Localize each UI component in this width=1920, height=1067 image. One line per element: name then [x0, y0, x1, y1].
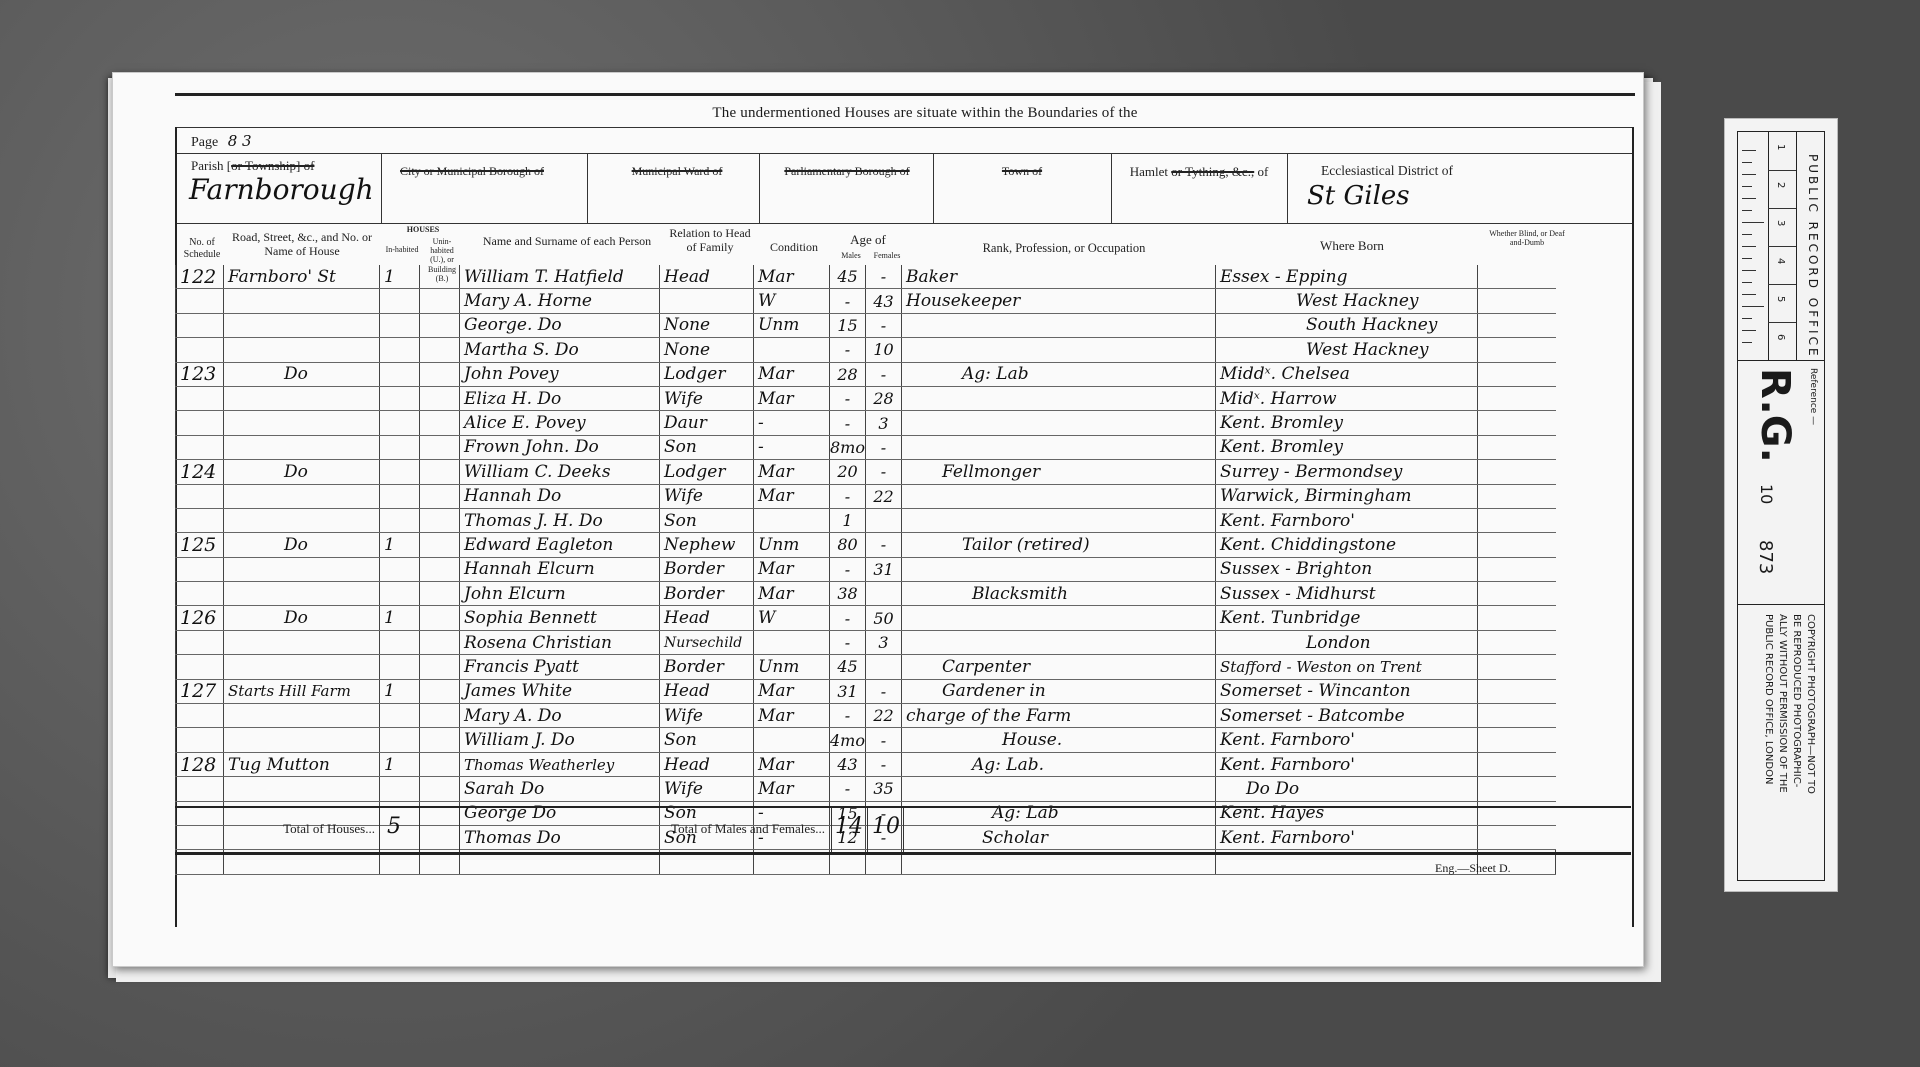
relation-cell: Border [660, 582, 754, 606]
inhabited-cell [380, 655, 420, 679]
inhabited-cell [380, 313, 420, 337]
reference-strip: 1 2 3 4 5 6 PUBLIC RECORD OFFICE Referen… [1724, 118, 1838, 892]
infirmity-cell [1478, 411, 1556, 435]
road-cell [224, 411, 380, 435]
female-age-cell [866, 582, 902, 606]
table-row: Sarah DoWifeMar-35Do Do [176, 777, 1556, 801]
inhabited-cell [380, 557, 420, 581]
female-age-cell: 10 [866, 338, 902, 362]
name-cell: Hannah Do [460, 484, 660, 508]
male-age-cell: 31 [830, 679, 866, 703]
infirmity-cell [1478, 508, 1556, 532]
road-cell: Tug Mutton [224, 752, 380, 776]
occupation-cell: House. [902, 728, 1216, 752]
where-born-cell: West Hackney [1216, 338, 1478, 362]
col-condition-header: Condition [759, 241, 829, 255]
where-born-cell: Kent. Bromley [1216, 435, 1478, 459]
male-age-cell: 15 [830, 313, 866, 337]
male-age-cell: - [830, 630, 866, 654]
road-cell [224, 313, 380, 337]
inhabited-cell: 1 [380, 606, 420, 630]
parliamentary-borough-label: Parliamentary Borough of [762, 165, 932, 179]
copyright-line: ALLY WITHOUT PERMISSION OF THE [1777, 614, 1788, 793]
infirmity-cell [1478, 630, 1556, 654]
where-born-cell: Kent. Chiddingstone [1216, 533, 1478, 557]
table-row: 127Starts Hill Farm1James WhiteHeadMar31… [176, 679, 1556, 703]
male-age-cell: 38 [830, 582, 866, 606]
male-age-cell: 45 [830, 655, 866, 679]
road-cell [224, 777, 380, 801]
male-age-cell: - [830, 606, 866, 630]
inhabited-cell: 1 [380, 265, 420, 289]
male-age-cell: - [830, 386, 866, 410]
table-row: Alice E. PoveyDaur--3Kent. Bromley [176, 411, 1556, 435]
inhabited-cell [380, 728, 420, 752]
name-cell: Thomas J. H. Do [460, 508, 660, 532]
where-born-cell: Middˣ. Chelsea [1216, 362, 1478, 386]
table-row: Hannah ElcurnBorderMar-31Sussex - Bright… [176, 557, 1556, 581]
condition-cell: Mar [754, 362, 830, 386]
document-title: The undermentioned Houses are situate wi… [575, 105, 1275, 122]
series-code: R.G. [1752, 368, 1798, 463]
col-relation-header: Relation to Head of Family [665, 227, 755, 255]
infirmity-cell [1478, 655, 1556, 679]
female-age-cell: 31 [866, 557, 902, 581]
folio-number: 873 [1755, 540, 1776, 574]
male-age-cell: 20 [830, 460, 866, 484]
table-row: Mary A. DoWifeMar-22charge of the FarmSo… [176, 704, 1556, 728]
female-age-cell: 43 [866, 289, 902, 313]
ruler-number: 3 [1768, 208, 1796, 247]
divider [459, 808, 460, 852]
name-cell: William C. Deeks [460, 460, 660, 484]
name-cell: William J. Do [460, 728, 660, 752]
where-born-cell: Sussex - Midhurst [1216, 582, 1478, 606]
col-name-header: Name and Surname of each Person [467, 235, 667, 249]
col-occupation-header: Rank, Profession, or Occupation [909, 241, 1219, 255]
where-born-cell: Do Do [1216, 777, 1478, 801]
name-cell: Sarah Do [460, 777, 660, 801]
road-cell [224, 655, 380, 679]
divider [831, 808, 832, 852]
schedule-cell: 128 [176, 752, 224, 776]
table-row: Hannah DoWifeMar-22Warwick, Birmingham [176, 484, 1556, 508]
municipal-borough-label: City or Municipal Borough of [387, 165, 557, 179]
relation-cell: None [660, 338, 754, 362]
divider [1738, 604, 1824, 605]
page-label: Page 8 3 [191, 133, 252, 151]
ruler-number-text: 6 [1775, 334, 1786, 340]
infirmity-cell [1478, 777, 1556, 801]
inhabited-cell [380, 460, 420, 484]
occupation-cell [902, 557, 1216, 581]
infirmity-cell [1478, 606, 1556, 630]
ruler-number: 5 [1768, 284, 1796, 323]
table-row: 123DoJohn PoveyLodgerMar28-Ag: LabMiddˣ.… [176, 362, 1556, 386]
relation-cell: Wife [660, 704, 754, 728]
male-age-cell: 8mo [830, 435, 866, 459]
where-born-cell: West Hackney [1216, 289, 1478, 313]
condition-cell [754, 508, 830, 532]
schedule-cell [176, 777, 224, 801]
table-row: Francis PyattBorderUnm45CarpenterStaffor… [176, 655, 1556, 679]
uninhabited-cell [420, 557, 460, 581]
condition-cell: Unm [754, 655, 830, 679]
road-cell [224, 289, 380, 313]
col-age-header: Age of [833, 233, 903, 248]
where-born-cell: Kent. Farnboro' [1216, 508, 1478, 532]
occupation-cell: Ag: Lab. [902, 752, 1216, 776]
female-age-cell: - [866, 362, 902, 386]
occupation-cell: charge of the Farm [902, 704, 1216, 728]
schedule-cell [176, 386, 224, 410]
name-cell: Francis Pyatt [460, 655, 660, 679]
male-age-cell: 45 [830, 265, 866, 289]
schedule-cell: 126 [176, 606, 224, 630]
piece-number: 10 [1757, 484, 1776, 504]
total-persons-label: Total of Males and Females... [585, 822, 825, 837]
infirmity-cell [1478, 704, 1556, 728]
uninhabited-cell [420, 265, 460, 289]
divider [867, 808, 868, 852]
municipal-ward-label: Municipal Ward of [592, 165, 762, 179]
divider [903, 808, 904, 852]
name-cell: Mary A. Horne [460, 289, 660, 313]
schedule-cell [176, 582, 224, 606]
name-cell: Edward Eagleton [460, 533, 660, 557]
infirmity-cell [1478, 386, 1556, 410]
uninhabited-cell [420, 411, 460, 435]
divider [933, 153, 934, 223]
relation-cell: Head [660, 752, 754, 776]
relation-cell [660, 289, 754, 313]
ruler-number-text: 5 [1775, 296, 1786, 302]
occupation-cell: Baker [902, 265, 1216, 289]
total-males-value: 14 [835, 814, 863, 839]
road-cell [224, 704, 380, 728]
male-age-cell: 28 [830, 362, 866, 386]
female-age-cell: 35 [866, 777, 902, 801]
condition-cell: W [754, 289, 830, 313]
ruler-number: 6 [1768, 322, 1796, 360]
where-born-cell: London [1216, 630, 1478, 654]
relation-cell: Head [660, 265, 754, 289]
schedule-cell [176, 557, 224, 581]
occupation-cell [902, 630, 1216, 654]
road-cell [224, 386, 380, 410]
condition-cell: Mar [754, 752, 830, 776]
relation-cell: Son [660, 435, 754, 459]
occupation-cell: Gardener in [902, 679, 1216, 703]
ruler-number: 4 [1768, 246, 1796, 285]
condition-cell: Mar [754, 777, 830, 801]
occupation-cell [902, 435, 1216, 459]
occupation-cell [902, 508, 1216, 532]
male-age-cell: - [830, 338, 866, 362]
male-age-cell: 1 [830, 508, 866, 532]
infirmity-cell [1478, 679, 1556, 703]
relation-cell: Border [660, 557, 754, 581]
condition-cell: Mar [754, 679, 830, 703]
sheet-footer-note: Eng.—Sheet D. [1435, 861, 1511, 876]
condition-cell [754, 338, 830, 362]
uninhabited-cell [420, 777, 460, 801]
uninhabited-cell [420, 630, 460, 654]
where-born-cell: Somerset - Wincanton [1216, 679, 1478, 703]
relation-cell: Nephew [660, 533, 754, 557]
where-born-cell: Kent. Tunbridge [1216, 606, 1478, 630]
uninhabited-cell [420, 752, 460, 776]
male-age-cell: - [830, 777, 866, 801]
condition-cell: W [754, 606, 830, 630]
uninhabited-cell [420, 313, 460, 337]
male-age-cell: 80 [830, 533, 866, 557]
hamlet-struck-text: or Tything, &c., [1171, 164, 1254, 179]
ruler-number: 1 [1768, 132, 1796, 171]
col-inhabited-header: In-habited [383, 245, 421, 254]
female-age-cell: 3 [866, 630, 902, 654]
name-cell: James White [460, 679, 660, 703]
divider [379, 808, 380, 852]
where-born-cell: Midˣ. Harrow [1216, 386, 1478, 410]
name-cell: Martha S. Do [460, 338, 660, 362]
inhabited-cell [380, 484, 420, 508]
male-age-cell: 43 [830, 752, 866, 776]
ecclesiastical-district-label: Ecclesiastical District of [1292, 163, 1482, 179]
total-houses-value: 5 [387, 814, 401, 839]
town-label: Town of [937, 165, 1107, 179]
uninhabited-cell [420, 460, 460, 484]
where-born-cell: Stafford - Weston on Trent [1216, 655, 1478, 679]
ecclesiastical-district-value: St Giles [1307, 181, 1410, 211]
table-row: John ElcurnBorderMar38BlacksmithSussex -… [176, 582, 1556, 606]
where-born-cell: Surrey - Bermondsey [1216, 460, 1478, 484]
col-where-born-header: Where Born [1222, 239, 1482, 254]
road-cell [224, 338, 380, 362]
divider [1111, 153, 1112, 223]
condition-cell: Mar [754, 265, 830, 289]
table-row: Rosena ChristianNursechild-3London [176, 630, 1556, 654]
where-born-cell: South Hackney [1216, 313, 1478, 337]
copyright-line: BE REPRODUCED PHOTOGRAPHIC- [1791, 614, 1802, 787]
inhabited-cell [380, 362, 420, 386]
inhabited-cell: 1 [380, 752, 420, 776]
relation-cell: Daur [660, 411, 754, 435]
inhabited-cell [380, 435, 420, 459]
relation-cell: Head [660, 606, 754, 630]
uninhabited-cell [420, 508, 460, 532]
occupation-cell [902, 313, 1216, 337]
female-age-cell: - [866, 460, 902, 484]
infirmity-cell [1478, 484, 1556, 508]
relation-cell: Wife [660, 777, 754, 801]
table-row: Mary A. HorneW-43HousekeeperWest Hackney [176, 289, 1556, 313]
inhabited-cell [380, 704, 420, 728]
col-schedule-header: No. of Schedule [179, 237, 225, 260]
inhabited-cell [380, 411, 420, 435]
occupation-cell [902, 484, 1216, 508]
inhabited-cell [380, 582, 420, 606]
inhabited-cell [380, 386, 420, 410]
name-cell: Eliza H. Do [460, 386, 660, 410]
relation-cell: Son [660, 508, 754, 532]
road-cell [224, 435, 380, 459]
divider [1287, 153, 1288, 223]
name-cell: Sophia Bennett [460, 606, 660, 630]
divider [419, 808, 420, 852]
occupation-cell [902, 777, 1216, 801]
col-infirmity-header: Whether Blind, or Deaf and-Dumb [1489, 229, 1565, 247]
occupation-cell [902, 386, 1216, 410]
table-row: 122Farnboro' St1William T. HatfieldHeadM… [176, 265, 1556, 289]
uninhabited-cell [420, 704, 460, 728]
female-age-cell [866, 508, 902, 532]
name-cell: George. Do [460, 313, 660, 337]
name-cell: Alice E. Povey [460, 411, 660, 435]
reference-strip-frame: 1 2 3 4 5 6 PUBLIC RECORD OFFICE Referen… [1737, 131, 1825, 881]
col-houses-header: HOUSES [383, 225, 463, 234]
census-page: The undermentioned Houses are situate wi… [112, 72, 1644, 967]
divider [759, 153, 760, 223]
table-row: Martha S. DoNone-10West Hackney [176, 338, 1556, 362]
inhabited-cell [380, 338, 420, 362]
table-row: Thomas J. H. DoSon1Kent. Farnboro' [176, 508, 1556, 532]
female-age-cell: - [866, 313, 902, 337]
uninhabited-cell [420, 533, 460, 557]
top-rule [175, 93, 1635, 96]
schedule-cell [176, 435, 224, 459]
name-cell: Mary A. Do [460, 704, 660, 728]
uninhabited-cell [420, 386, 460, 410]
road-cell [224, 582, 380, 606]
infirmity-cell [1478, 289, 1556, 313]
relation-cell: Border [660, 655, 754, 679]
schedule-cell: 122 [176, 265, 224, 289]
uninhabited-cell [420, 655, 460, 679]
reference-label: Reference — [1808, 368, 1818, 425]
schedule-cell: 124 [176, 460, 224, 484]
condition-cell: Mar [754, 386, 830, 410]
where-born-cell: Somerset - Batcombe [1216, 704, 1478, 728]
inhabited-cell [380, 289, 420, 313]
condition-cell [754, 728, 830, 752]
infirmity-cell [1478, 460, 1556, 484]
public-record-office-label: PUBLIC RECORD OFFICE [1806, 154, 1820, 359]
name-cell: Thomas Weatherley [460, 752, 660, 776]
uninhabited-cell [420, 338, 460, 362]
table-row: George. DoNoneUnm15-South Hackney [176, 313, 1556, 337]
col-males-header: Males [833, 251, 869, 260]
census-rows: 122Farnboro' St1William T. HatfieldHeadM… [176, 265, 1556, 874]
uninhabited-cell [420, 606, 460, 630]
schedule-cell [176, 289, 224, 313]
name-cell: John Povey [460, 362, 660, 386]
ruler-number: 2 [1768, 170, 1796, 209]
divider [1738, 360, 1824, 361]
col-road-header: Road, Street, &c., and No. or Name of Ho… [227, 231, 377, 259]
condition-cell: Mar [754, 557, 830, 581]
occupation-cell [902, 411, 1216, 435]
schedule-cell [176, 484, 224, 508]
inhabited-cell [380, 630, 420, 654]
relation-cell: None [660, 313, 754, 337]
male-age-cell: - [830, 704, 866, 728]
census-sheet: The undermentioned Houses are situate wi… [175, 93, 1635, 893]
relation-cell: Lodger [660, 460, 754, 484]
road-cell [224, 508, 380, 532]
where-born-cell: Kent. Farnboro' [1216, 752, 1478, 776]
female-age-cell: 50 [866, 606, 902, 630]
schedule-cell: 125 [176, 533, 224, 557]
ruler-scale [1738, 132, 1769, 360]
ruler-number-text: 4 [1775, 258, 1786, 264]
female-age-cell: - [866, 435, 902, 459]
uninhabited-cell [420, 289, 460, 313]
parish-label: Parish [or Township] of [191, 159, 314, 174]
hamlet-label: Hamlet or Tything, &c., of [1115, 165, 1283, 180]
infirmity-cell [1478, 752, 1556, 776]
table-row: 125Do1Edward EagletonNephewUnm80-Tailor … [176, 533, 1556, 557]
divider [177, 153, 1632, 154]
where-born-cell: Sussex - Brighton [1216, 557, 1478, 581]
condition-cell: Unm [754, 533, 830, 557]
uninhabited-cell [420, 582, 460, 606]
female-age-cell: - [866, 752, 902, 776]
table-row: 128Tug Mutton1Thomas WeatherleyHeadMar43… [176, 752, 1556, 776]
schedule-cell [176, 313, 224, 337]
uninhabited-cell [420, 728, 460, 752]
road-cell: Do [224, 533, 380, 557]
female-age-cell: 3 [866, 411, 902, 435]
road-cell [224, 484, 380, 508]
male-age-cell: - [830, 557, 866, 581]
totals-row: Total of Houses... 5 Total of Males and … [175, 806, 1631, 855]
ruler-numbers: 1 2 3 4 5 6 [1768, 132, 1797, 360]
infirmity-cell [1478, 435, 1556, 459]
copyright-line: PUBLIC RECORD OFFICE, LONDON [1763, 614, 1774, 784]
uninhabited-cell [420, 435, 460, 459]
occupation-cell: Ag: Lab [902, 362, 1216, 386]
occupation-cell: Tailor (retired) [902, 533, 1216, 557]
table-row: William J. DoSon4mo-House.Kent. Farnboro… [176, 728, 1556, 752]
condition-cell: Mar [754, 484, 830, 508]
where-born-cell: Kent. Bromley [1216, 411, 1478, 435]
female-age-cell: - [866, 533, 902, 557]
inhabited-cell: 1 [380, 679, 420, 703]
female-age-cell: 28 [866, 386, 902, 410]
name-cell: Frown John. Do [460, 435, 660, 459]
ruler-number-text: 2 [1775, 182, 1786, 188]
where-born-cell: Essex - Epping [1216, 265, 1478, 289]
occupation-cell: Housekeeper [902, 289, 1216, 313]
infirmity-cell [1478, 557, 1556, 581]
relation-cell: Son [660, 728, 754, 752]
census-table: 122Farnboro' St1William T. HatfieldHeadM… [175, 265, 1556, 875]
parish-value: Farnborough [189, 173, 374, 206]
table-row: Frown John. DoSon-8mo-Kent. Bromley [176, 435, 1556, 459]
occupation-cell: Fellmonger [902, 460, 1216, 484]
infirmity-cell [1478, 313, 1556, 337]
male-age-cell: - [830, 411, 866, 435]
copyright-line: COPYRIGHT PHOTOGRAPH—NOT TO [1805, 614, 1816, 794]
male-age-cell: 4mo [830, 728, 866, 752]
divider [177, 223, 1632, 224]
infirmity-cell [1478, 338, 1556, 362]
schedule-cell: 127 [176, 679, 224, 703]
where-born-cell: Kent. Farnboro' [1216, 728, 1478, 752]
condition-cell [754, 630, 830, 654]
infirmity-cell [1478, 265, 1556, 289]
